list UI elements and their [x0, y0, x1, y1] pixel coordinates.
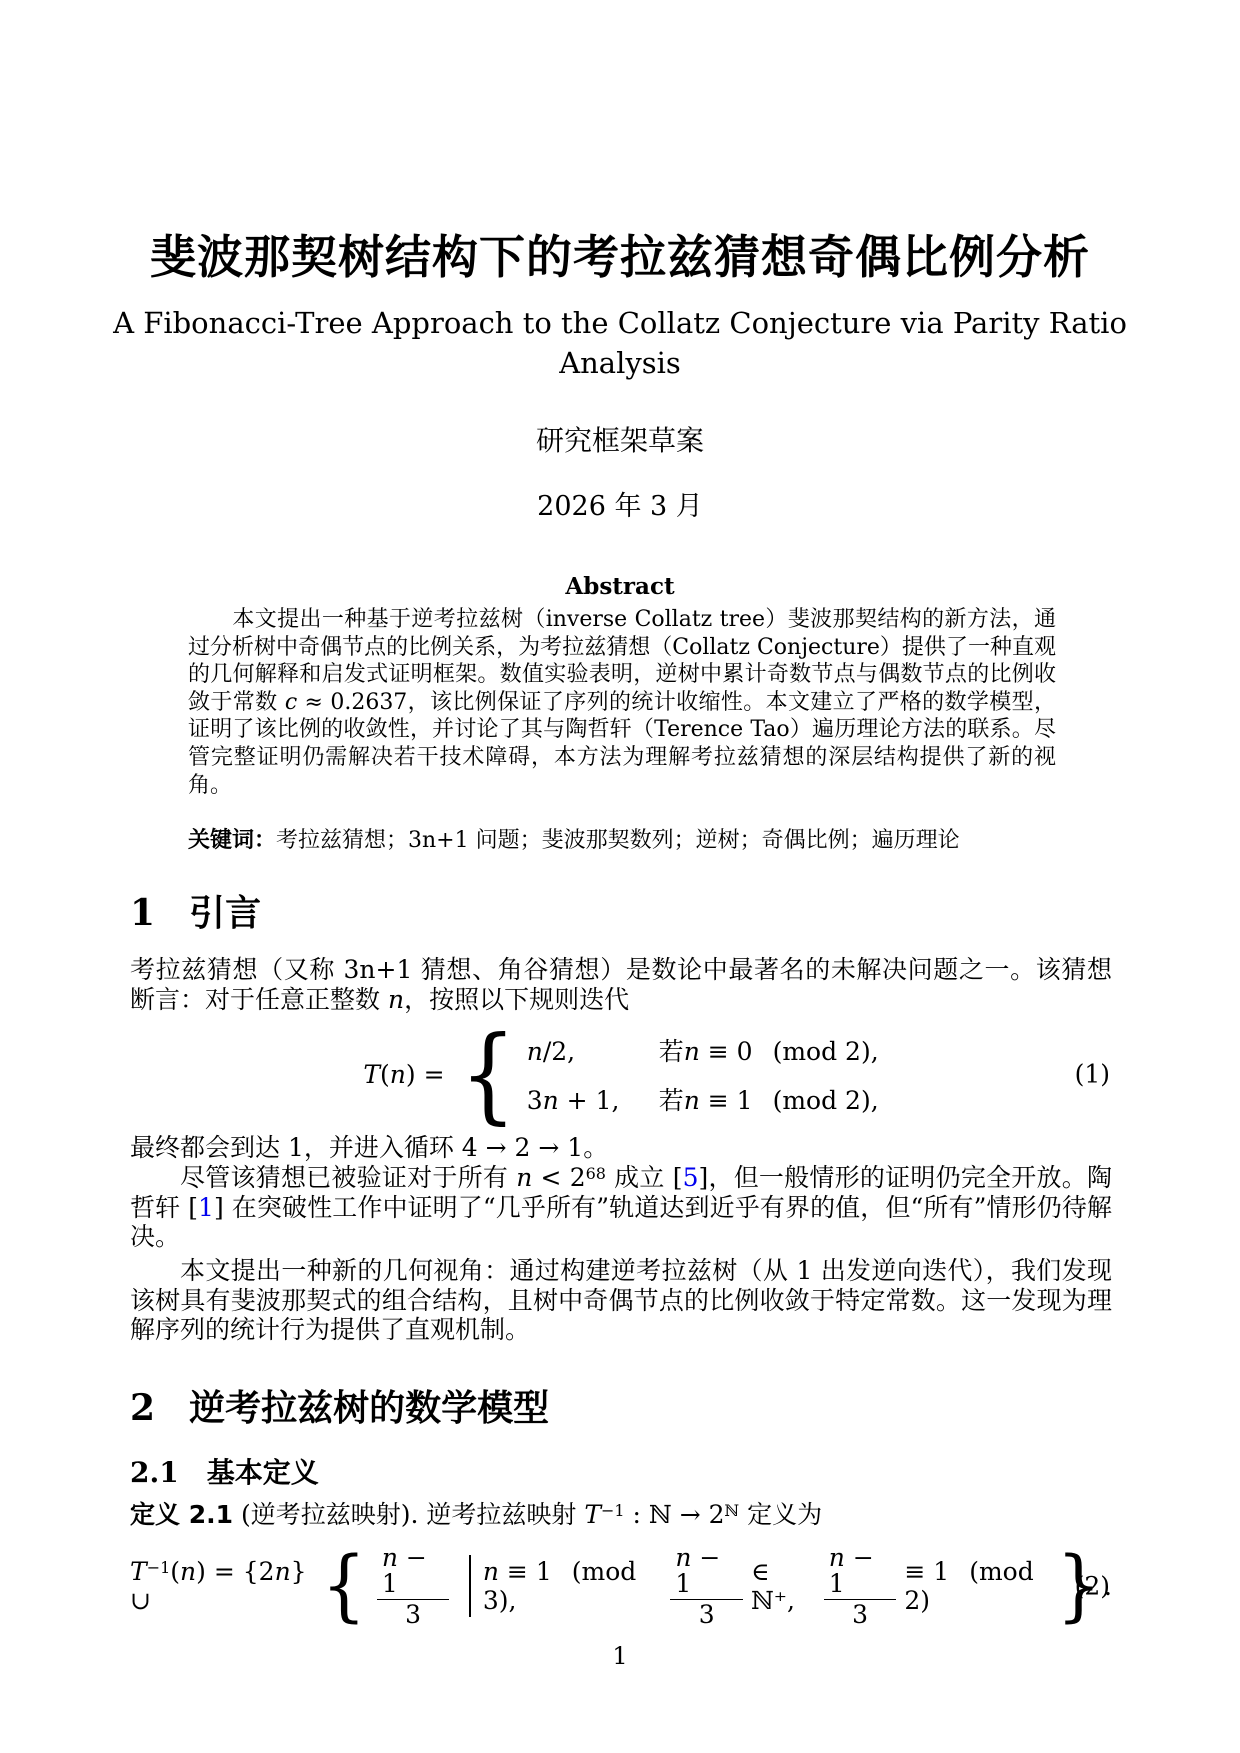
set-open-brace: { [322, 1551, 367, 1621]
definition-exp-N: ℕ [725, 1501, 740, 1520]
fraction-1-var: n [382, 1543, 398, 1572]
intro-p2-exponent: 68 [586, 1164, 606, 1183]
fraction-3-numerator: n − 1 [824, 1545, 897, 1600]
eq2-cond1-rel: ≡ 1 [499, 1557, 552, 1586]
case-odd-mod: (mod 2), [773, 1086, 879, 1115]
section-2-number: 2 [130, 1387, 155, 1429]
cases-brace: { [460, 1034, 516, 1114]
fraction-2-numerator: n − 1 [670, 1545, 743, 1600]
intro-p1-text-2: ，按照以下规则迭代 [404, 985, 629, 1014]
fraction-1: n − 13 [377, 1545, 450, 1628]
eq2-T: T [130, 1557, 147, 1586]
subsection-2-1-title: 基本定义 [207, 1456, 319, 1489]
subsection-2-1-heading: 2.1基本定义 [130, 1457, 319, 1489]
equation-2-lhs: T−1(n) = {2n} ∪ [130, 1557, 319, 1615]
intro-p2-var-n: n [516, 1163, 532, 1192]
paper-title-zh: 斐波那契树结构下的考拉兹猜想奇偶比例分析 [0, 231, 1240, 283]
intro-paragraph-3: 本文提出一种新的几何视角：通过构建逆考拉兹树（从 1 出发逆向迭代），我们发现该… [130, 1256, 1112, 1345]
section-2-heading: 2逆考拉兹树的数学模型 [130, 1388, 549, 1429]
case-even-val-var: n [527, 1037, 543, 1066]
case-even-rel: ≡ 0 [700, 1037, 753, 1066]
definition-note: (逆考拉兹映射). [233, 1500, 418, 1529]
section-1-heading: 1引言 [130, 893, 261, 934]
abstract-body: 本文提出一种基于逆考拉兹树（inverse Collatz tree）斐波那契结… [188, 606, 1056, 799]
intro-paragraph-1b: 最终都会到达 1，并进入循环 4 → 2 → 1。 [130, 1133, 1112, 1163]
abstract-heading: Abstract [0, 573, 1240, 600]
definition-T-sup: −1 [601, 1501, 625, 1520]
citation-link-1[interactable]: 1 [198, 1193, 214, 1222]
intro-p2-text-1: 尽管该猜想已被验证对于所有 [180, 1163, 516, 1192]
eq1-T: T [363, 1060, 380, 1089]
case-odd-value: 3n + 1, [527, 1086, 659, 1115]
definition-2-1: 定义 2.1 (逆考拉兹映射). 逆考拉兹映射 T−1 : ℕ → 2ℕ 定义为 [130, 1500, 1112, 1530]
equation-1-cases: { n/2, 若n ≡ 0(mod 2), 3n + 1, 若n ≡ 1(mod… [455, 1032, 879, 1117]
page-number: 1 [0, 1642, 1240, 1670]
abstract-text-2: ≈ 0.2637，该比例保证了序列的统计收缩性。本文建立了严格的数学模型，证明了… [188, 690, 1056, 798]
eq2-T-sup: −1 [147, 1558, 171, 1577]
fraction-3: n − 13 [824, 1545, 897, 1628]
case-odd-val-pre: 3 [527, 1086, 543, 1115]
paper-page: 斐波那契树结构下的考拉兹猜想奇偶比例分析 A Fibonacci-Tree Ap… [0, 0, 1240, 1753]
eq2-condition-2: ≡ 1(mod 2) [904, 1557, 1054, 1615]
fraction-3-var: n [829, 1543, 845, 1572]
case-odd-rel: ≡ 1 [700, 1086, 753, 1115]
cases-rows: n/2, 若n ≡ 0(mod 2), 3n + 1, 若n ≡ 1(mod 2… [527, 1032, 879, 1117]
definition-T: T [584, 1500, 601, 1529]
intro-p2-text-4: ] 在突破性工作中证明了“几乎所有”轨道达到近乎有界的值，但“所有”情形仍待解决… [130, 1193, 1112, 1252]
eq2-condition-1: n ≡ 1(mod 3), [483, 1557, 662, 1615]
section-1-number: 1 [130, 892, 155, 934]
intro-paragraph-2: 尽管该猜想已被验证对于所有 n < 268 成立 [5]，但一般情形的证明仍完全… [130, 1163, 1112, 1252]
fraction-2-var: n [675, 1543, 691, 1572]
paper-title-en-line1: A Fibonacci-Tree Approach to the Collatz… [0, 303, 1240, 343]
case-odd-var: n [684, 1086, 700, 1115]
case-even-mod: (mod 2), [773, 1037, 879, 1066]
definition-text-2: : ℕ → 2 [625, 1500, 725, 1529]
case-even-condition: 若n ≡ 0(mod 2), [659, 1032, 879, 1068]
eq2-var-n2: n [275, 1557, 291, 1586]
eq2-cond2-rel: ≡ 1 [904, 1557, 949, 1586]
version-note: 研究框架草案 [0, 419, 1240, 459]
case-even-cjk: 若 [659, 1037, 684, 1066]
intro-paragraph-1: 考拉兹猜想（又称 3n+1 猜想、角谷猜想）是数论中最著名的未解决问题之一。该猜… [130, 955, 1112, 1014]
eq1-open-paren: ( [380, 1060, 390, 1089]
case-odd-cjk: 若 [659, 1086, 684, 1115]
case-even-value: n/2, [527, 1037, 659, 1066]
case-row-even: n/2, 若n ≡ 0(mod 2), [527, 1032, 879, 1068]
section-2-title: 逆考拉兹树的数学模型 [189, 1388, 549, 1429]
fraction-2: n − 13 [670, 1545, 743, 1628]
definition-label: 定义 2.1 [130, 1500, 233, 1529]
equation-2-number: (2) [1075, 1572, 1110, 1601]
fraction-2-denominator: 3 [699, 1600, 715, 1628]
equation-2: T−1(n) = {2n} ∪ { n − 13 n ≡ 1(mod 3), n… [130, 1546, 1112, 1626]
eq2-equals-set: ) = {2 [196, 1557, 274, 1586]
keywords-text: 考拉兹猜想；3n+1 问题；斐波那契数列；逆树；奇偶比例；遍历理论 [276, 828, 960, 853]
fraction-1-numerator: n − 1 [377, 1545, 450, 1600]
subsection-2-1-number: 2.1 [130, 1456, 179, 1489]
case-row-odd: 3n + 1, 若n ≡ 1(mod 2), [527, 1081, 879, 1117]
keywords-line: 关键词：考拉兹猜想；3n+1 问题；斐波那契数列；逆树；奇偶比例；遍历理论 [188, 823, 1056, 854]
fraction-1-denominator: 3 [405, 1600, 421, 1628]
eq1-equals: ) = [406, 1060, 445, 1089]
intro-p2-text-1b: < 2 [532, 1163, 585, 1192]
case-odd-val-post: + 1, [559, 1086, 620, 1115]
equation-1-number: (1) [1075, 1060, 1110, 1089]
case-even-var: n [684, 1037, 700, 1066]
equation-1-lhs: T(n) = [363, 1060, 444, 1089]
eq2-cond1-var: n [483, 1557, 499, 1586]
intro-p1-var-n: n [388, 985, 404, 1014]
abstract-var-c: c [285, 690, 297, 715]
case-odd-val-var: n [543, 1086, 559, 1115]
intro-p2-text-2: 成立 [ [606, 1163, 683, 1192]
equation-1: T(n) = { n/2, 若n ≡ 0(mod 2), 3n + 1, 若n … [130, 1030, 1112, 1118]
eq2-open-paren: ( [170, 1557, 180, 1586]
eq2-var-n1: n [180, 1557, 196, 1586]
citation-link-5[interactable]: 5 [683, 1163, 699, 1192]
definition-text-3: 定义为 [739, 1500, 822, 1529]
paper-title-en: A Fibonacci-Tree Approach to the Collatz… [0, 303, 1240, 383]
section-1-title: 引言 [189, 893, 261, 934]
case-odd-condition: 若n ≡ 1(mod 2), [659, 1081, 879, 1117]
case-even-val-post: /2, [543, 1037, 575, 1066]
eq1-var-n: n [390, 1060, 406, 1089]
definition-text-1: 逆考拉兹映射 [418, 1500, 584, 1529]
paper-date: 2026 年 3 月 [0, 484, 1240, 523]
keywords-label: 关键词： [188, 828, 276, 853]
fraction-3-denominator: 3 [852, 1600, 868, 1628]
paper-title-en-line2: Analysis [0, 343, 1240, 383]
set-builder-bar [469, 1555, 470, 1617]
eq2-membership: ∈ ℕ⁺, [751, 1557, 816, 1615]
